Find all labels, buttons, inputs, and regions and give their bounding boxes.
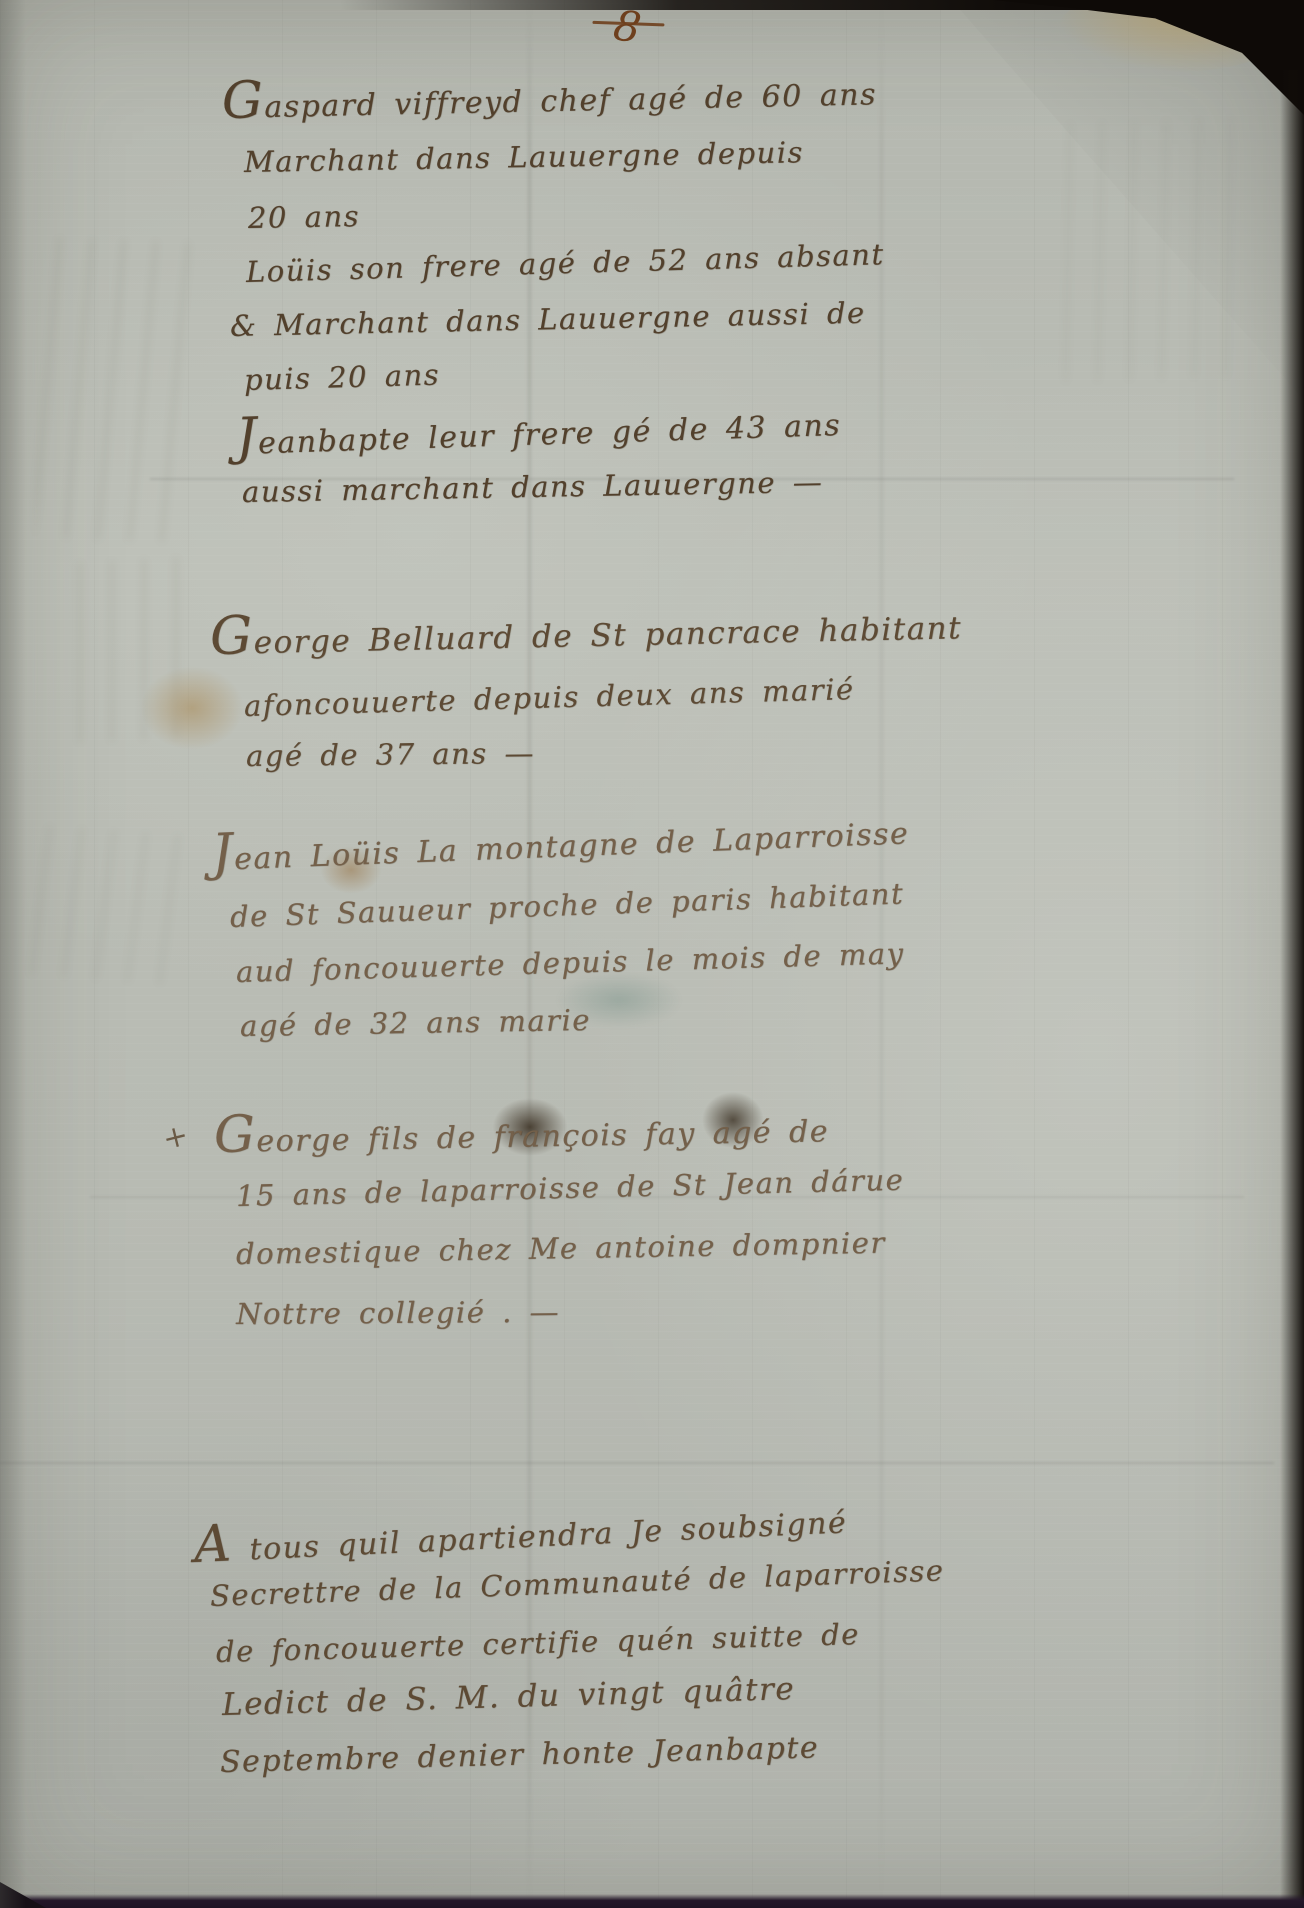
stain — [140, 666, 244, 750]
manuscript-line: puis 20 ans — [244, 361, 441, 395]
ink-show-through — [35, 237, 195, 542]
horizontal-fold-crease — [0, 1462, 1274, 1464]
manuscript-line: Nottre collegié . — — [236, 1298, 560, 1329]
manuscript-line: agé de 32 ans marie — [240, 1006, 591, 1041]
paper-edge-shading-left — [0, 0, 26, 1908]
manuscript-line: 20 ans — [248, 202, 360, 233]
photograph-background: 8 + Gaspard viffreyd chef agé de 60 ans … — [0, 0, 1304, 1908]
photo-edge-right — [1280, 70, 1304, 1900]
photo-edge-bottom — [0, 1894, 1304, 1908]
manuscript-line: agé de 37 ans — — [246, 739, 535, 771]
ink-show-through — [25, 825, 185, 985]
